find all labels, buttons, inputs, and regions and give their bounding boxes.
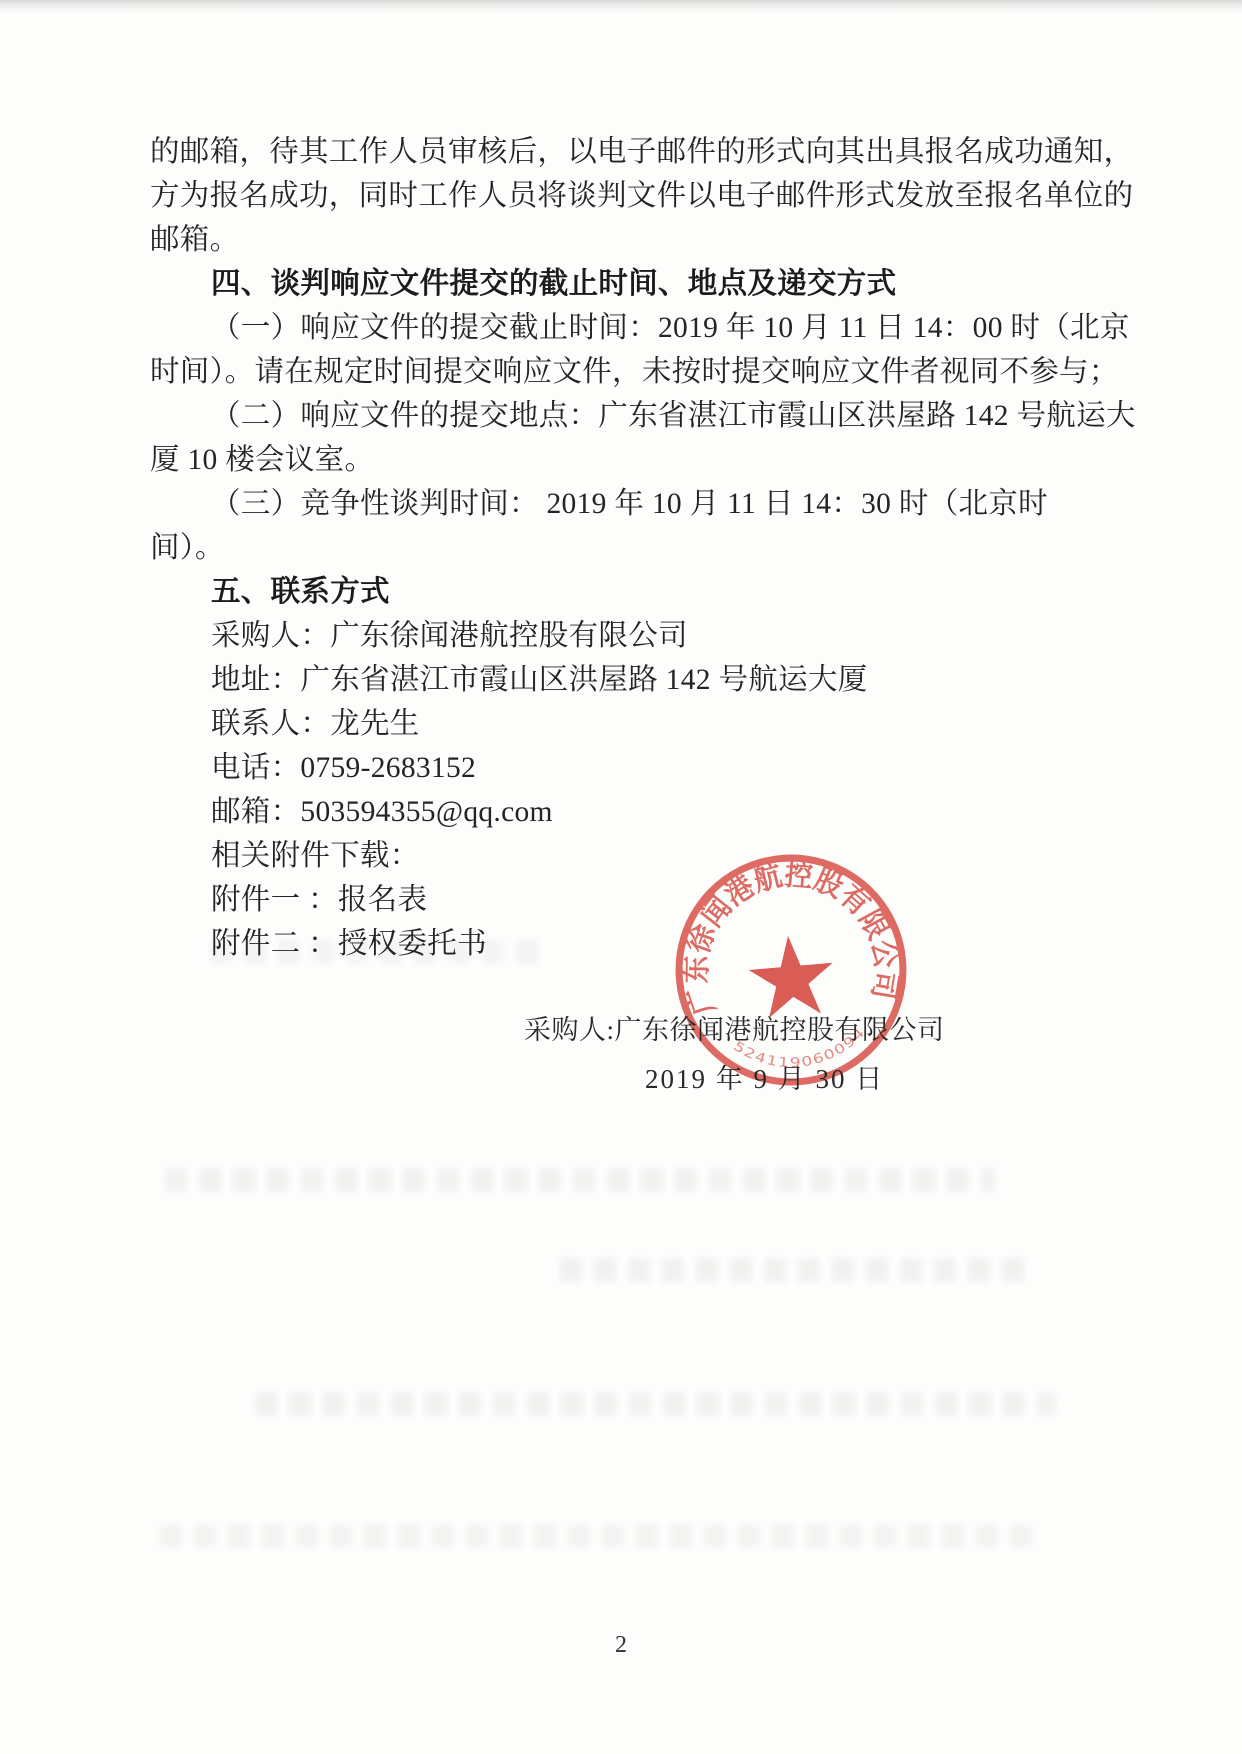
paragraph-line: （二）响应文件的提交地点：广东省湛江市霞山区洪屋路 142 号航运大 — [150, 394, 1115, 438]
contact-person-line: 联系人：龙先生 — [150, 702, 1115, 746]
paragraph-line: 厦 10 楼会议室。 — [150, 438, 1115, 482]
signature-date-line: 2019 年 9 月 30 日 — [645, 1057, 884, 1096]
paragraph-line: 的邮箱，待其工作人员审核后，以电子邮件的形式向其出具报名成功通知， — [150, 130, 1115, 174]
contact-phone-line: 电话：0759-2683152 — [150, 746, 1115, 790]
contact-buyer-line: 采购人：广东徐闻港航控股有限公司 — [150, 614, 1115, 658]
attachments-label: 相关附件下载： — [150, 834, 1115, 878]
paragraph-line: （三）竞争性谈判时间： 2019 年 10 月 11 日 14：30 时（北京时 — [150, 482, 1115, 526]
paragraph-line: 方为报名成功，同时工作人员将谈判文件以电子邮件形式发放至报名单位的 — [150, 174, 1115, 218]
document-page: 的邮箱，待其工作人员审核后，以电子邮件的形式向其出具报名成功通知， 方为报名成功… — [0, 0, 1242, 1754]
paragraph-line: 邮箱。 — [150, 218, 1115, 262]
document-body: 的邮箱，待其工作人员审核后，以电子邮件的形式向其出具报名成功通知， 方为报名成功… — [150, 130, 1115, 966]
attachment-2-line: 附件二 ：授权委托书 — [150, 922, 1115, 966]
attachment-1-line: 附件一 ：报名表 — [150, 878, 1115, 922]
page-number: 2 — [0, 1632, 1242, 1659]
bleed-through-artifact — [160, 1524, 1040, 1548]
seal-star-icon — [746, 932, 837, 1019]
section-heading-4: 四、谈判响应文件提交的截止时间、地点及递交方式 — [150, 262, 1115, 306]
bleed-through-artifact — [560, 1258, 1030, 1282]
contact-address-line: 地址：广东省湛江市霞山区洪屋路 142 号航运大厦 — [150, 658, 1115, 702]
paragraph-line: 时间）。请在规定时间提交响应文件，未按时提交响应文件者视同不参与； — [150, 350, 1115, 394]
signature-buyer-line: 采购人:广东徐闻港航控股有限公司 — [524, 1008, 945, 1047]
paragraph-line: （一）响应文件的提交截止时间：2019 年 10 月 11 日 14：00 时（… — [150, 306, 1115, 350]
bleed-through-artifact — [165, 1168, 995, 1192]
paragraph-line: 间）。 — [150, 526, 1115, 570]
bleed-through-artifact — [255, 1392, 1055, 1416]
section-heading-5: 五、联系方式 — [150, 570, 1115, 614]
scan-edge-shadow — [0, 0, 1242, 14]
contact-email-line: 邮箱：503594355@qq.com — [150, 790, 1115, 834]
